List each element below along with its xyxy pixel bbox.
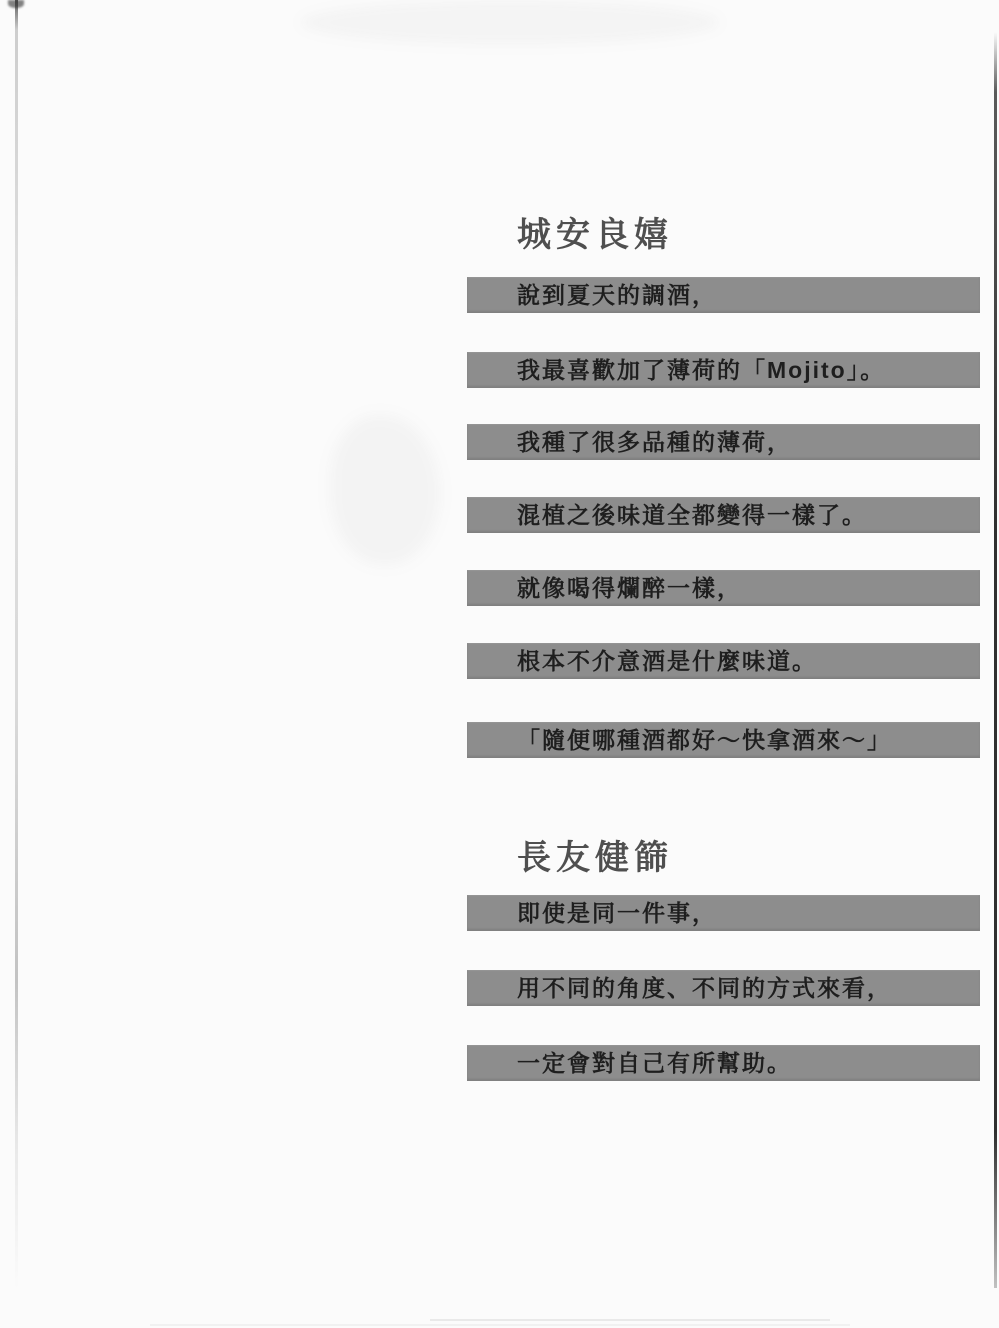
scan-smudge-top	[300, 0, 720, 45]
quote-bar: 即使是同一件事，	[467, 895, 980, 931]
quote-bar: 就像喝得爛醉一樣，	[467, 570, 980, 606]
author-name-1: 城安良嬉	[517, 218, 673, 252]
page-edge-right	[994, 32, 997, 1288]
quote-text: 「隨便哪種酒都好～快拿酒來～」	[467, 722, 980, 758]
quote-text: 一定會對自己有所幫助。	[467, 1045, 980, 1081]
quote-text: 我最喜歡加了薄荷的「Mojito」。	[467, 352, 980, 388]
quote-text: 根本不介意酒是什麼味道。	[467, 643, 980, 679]
quote-bar: 用不同的角度、不同的方式來看，	[467, 970, 980, 1006]
quote-text: 說到夏天的調酒，	[467, 277, 980, 313]
quote-bar: 一定會對自己有所幫助。	[467, 1045, 980, 1081]
quote-bar: 我最喜歡加了薄荷的「Mojito」。	[467, 352, 980, 388]
quote-text: 我種了很多品種的薄荷，	[467, 424, 980, 460]
page-gutter-line	[15, 0, 18, 1290]
quote-text: 混植之後味道全都變得一樣了。	[467, 497, 980, 533]
quote-bar: 根本不介意酒是什麼味道。	[467, 643, 980, 679]
quote-text: 用不同的角度、不同的方式來看，	[467, 970, 980, 1006]
quote-bar: 說到夏天的調酒，	[467, 277, 980, 313]
scan-bottom-line-2	[150, 1324, 850, 1326]
scanned-page: 城安良嬉 說到夏天的調酒， 我最喜歡加了薄荷的「Mojito」。 我種了很多品種…	[0, 0, 999, 1328]
scan-bottom-line	[430, 1319, 830, 1321]
quote-bar: 混植之後味道全都變得一樣了。	[467, 497, 980, 533]
author-name-2: 長友健篩	[517, 841, 673, 875]
quote-text: 就像喝得爛醉一樣，	[467, 570, 980, 606]
quote-bar: 我種了很多品種的薄荷，	[467, 424, 980, 460]
quote-bar: 「隨便哪種酒都好～快拿酒來～」	[467, 722, 980, 758]
scan-smudge-middle	[330, 415, 440, 565]
quote-text: 即使是同一件事，	[467, 895, 980, 931]
